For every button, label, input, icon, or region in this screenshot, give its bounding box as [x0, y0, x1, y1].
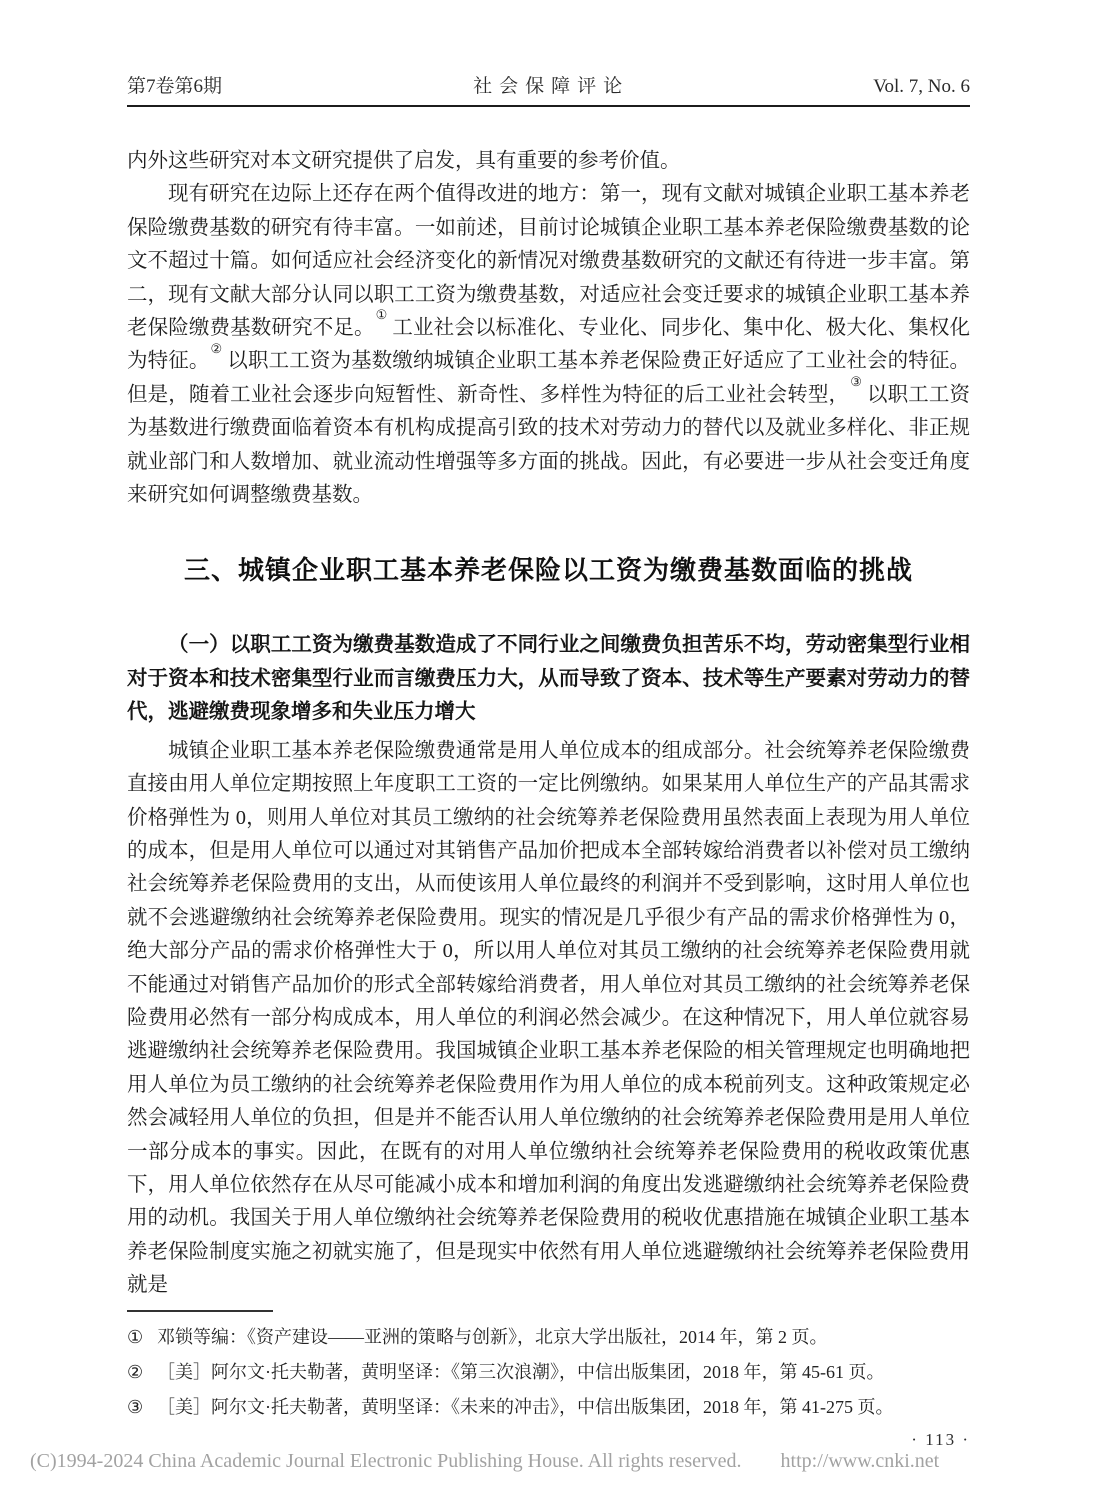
journal-page: 第7卷第6期 社会保障评论 Vol. 7, No. 6 内外这些研究对本文研究提… — [0, 0, 1102, 1496]
page-content: 第7卷第6期 社会保障评论 Vol. 7, No. 6 内外这些研究对本文研究提… — [127, 71, 970, 1303]
footnote-1: ① 邓锁等编：《资产建设——亚洲的策略与创新》，北京大学出版社，2014 年，第… — [127, 1320, 970, 1355]
article-body: 内外这些研究对本文研究提供了启发，具有重要的参考价值。 现有研究在边际上还存在两… — [127, 145, 970, 1303]
footnote-3: ③ ［美］阿尔文·托夫勒著，黄明坚译：《未来的冲击》，中信出版集团，2018 年… — [127, 1390, 970, 1425]
footnote-marker: ② — [127, 1355, 157, 1390]
header-volume-issue: 第7卷第6期 — [127, 71, 222, 98]
footnote-ref-1: ① — [376, 307, 388, 322]
paragraph-research-gaps: 现有研究在边际上还存在两个值得改进的地方：第一，现有文献对城镇企业职工基本养老保… — [127, 178, 970, 512]
subsection-heading: （一）以职工工资为缴费基数造成了不同行业之间缴费负担苦乐不均，劳动密集型行业相对… — [127, 628, 970, 728]
text-run: 现有研究在边际上还存在两个值得改进的地方：第一，现有文献对城镇企业职工基本养老保… — [127, 183, 970, 339]
footnote-ref-2: ② — [211, 341, 223, 356]
paragraph-main: 城镇企业职工基本养老保险缴费通常是用人单位成本的组成部分。社会统筹养老保险缴费直… — [127, 735, 970, 1303]
footnote-text: ［美］阿尔文·托夫勒著，黄明坚译：《未来的冲击》，中信出版集团，2018 年，第… — [157, 1390, 970, 1425]
footnote-2: ② ［美］阿尔文·托夫勒著，黄明坚译：《第三次浪潮》，中信出版集团，2018 年… — [127, 1355, 970, 1390]
footnote-divider — [127, 1310, 273, 1312]
footnote-ref-3: ③ — [850, 374, 862, 389]
section-heading: 三、城镇企业职工基本养老保险以工资为缴费基数面临的挑战 — [127, 550, 970, 590]
footnote-text: ［美］阿尔文·托夫勒著，黄明坚译：《第三次浪潮》，中信出版集团，2018 年，第… — [157, 1355, 970, 1390]
header-vol-no: Vol. 7, No. 6 — [873, 76, 970, 98]
footnote-marker: ① — [127, 1320, 157, 1355]
footnotes-section: ① 邓锁等编：《资产建设——亚洲的策略与创新》，北京大学出版社，2014 年，第… — [127, 1310, 970, 1425]
text-run: 以职工工资为基数缴纳城镇企业职工基本养老保险费正好适应了工业社会的特征。但是，随… — [127, 350, 970, 405]
page-header: 第7卷第6期 社会保障评论 Vol. 7, No. 6 — [127, 71, 970, 107]
copyright-footer: (C)1994-2024 China Academic Journal Elec… — [30, 1450, 939, 1473]
page-number: · 113 · — [911, 1430, 970, 1450]
footnote-text: 邓锁等编：《资产建设——亚洲的策略与创新》，北京大学出版社，2014 年，第 2… — [157, 1320, 970, 1355]
paragraph-continuation: 内外这些研究对本文研究提供了启发，具有重要的参考价值。 — [127, 145, 970, 178]
copyright-text: (C)1994-2024 China Academic Journal Elec… — [30, 1450, 742, 1472]
header-journal-title: 社会保障评论 — [466, 71, 629, 98]
footer-url: http://www.cnki.net — [781, 1450, 940, 1472]
footnote-marker: ③ — [127, 1390, 157, 1425]
